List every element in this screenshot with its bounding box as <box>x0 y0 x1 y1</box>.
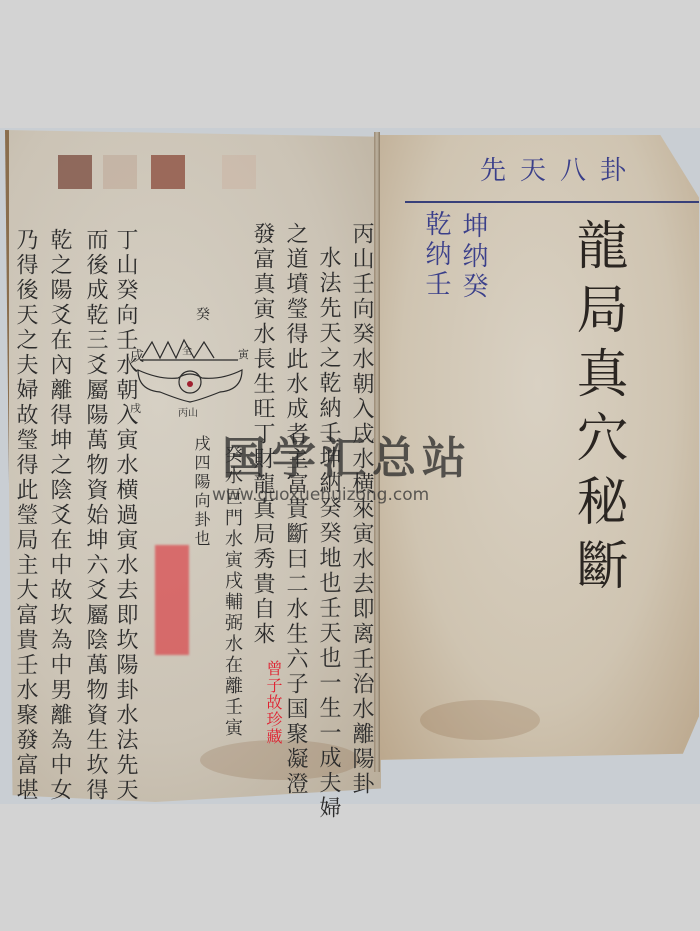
text-column: 乃得後天之夫婦故瑩得此瑩局主大富貴壬水聚發富堪 <box>12 228 38 803</box>
text-column: 之道墳瑩得此水成者主富貴斷曰二水生六子国聚凝澄 <box>282 222 308 797</box>
red-seal-text: 曾子故珍藏 <box>262 660 285 745</box>
text-column: 丙山壬向癸水朝入戌水横來寅水去即离壬治水離陽卦 <box>348 222 374 797</box>
faded-seal <box>103 155 137 189</box>
faded-seal <box>58 155 92 189</box>
text-column: 戌四陽向卦也 <box>192 435 210 549</box>
text-column: 而後成乾三爻屬陽萬物資始坤六爻屬陰萬物資生坎得 <box>82 228 108 803</box>
pen-note-kun: 坤纳癸 <box>455 212 492 302</box>
text-column: 丁山癸向壬水朝入寅水横過寅水去即坎陽卦水法先天 <box>112 228 138 803</box>
diagram-label-top: 癸 <box>196 304 210 324</box>
diagram-label-bottom: 丙山 <box>178 404 198 419</box>
watermark-text: 国学汇总站 <box>222 422 472 486</box>
faded-seal <box>151 155 185 189</box>
feng-shui-diagram: 癸 戌 寅 全 丙山 <box>130 330 250 420</box>
pen-rule-line <box>405 201 699 203</box>
small-annotation: 戌 <box>130 400 141 416</box>
watermark-url: www.guoxuehuizong.com <box>212 485 429 505</box>
faded-seal <box>222 155 256 189</box>
diagram-center-mark: 全 <box>182 342 192 357</box>
diagram-label-right: 寅 <box>238 346 249 362</box>
text-column: 水法先天之乾納壬坤納癸癸地也壬天也一生一成夫婦 <box>315 246 341 821</box>
red-seal-stamp <box>155 545 189 655</box>
paper-stain <box>420 700 540 740</box>
book-title: 龍局真穴秘斷 <box>560 218 635 602</box>
diagram-label-left: 戌 <box>130 346 144 366</box>
pen-note-qian: 乾纳壬 <box>418 210 455 300</box>
text-column: 乾之陽爻在內離得坤之陰爻在中故坎為中男離為中女 <box>46 228 72 803</box>
pen-header: 先天八卦 <box>480 150 640 187</box>
